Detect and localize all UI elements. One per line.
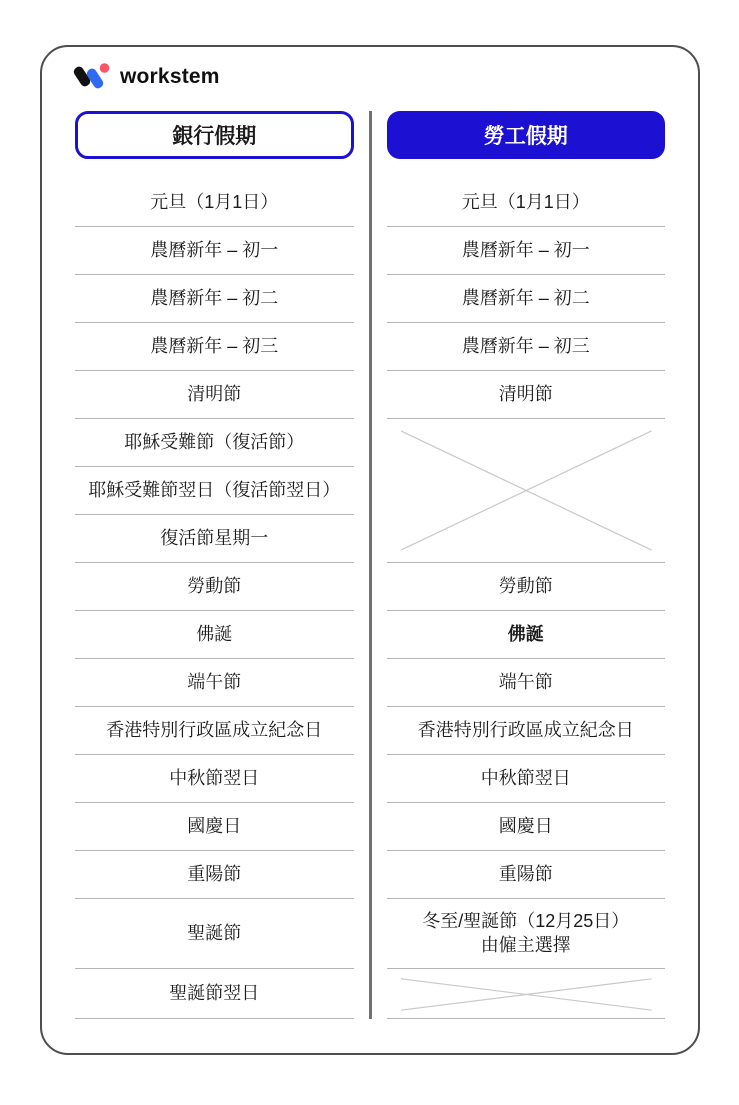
bank-holiday-row: 中秋節翌日 — [75, 755, 354, 803]
bank-holiday-row: 清明節 — [75, 371, 354, 419]
bank-holiday-header: 銀行假期 — [75, 111, 354, 159]
workstem-logo: workstem — [73, 61, 220, 93]
bank-holiday-row: 國慶日 — [75, 803, 354, 851]
bank-holiday-row: 元旦（1月1日） — [75, 179, 354, 227]
bank-holiday-row: 端午節 — [75, 659, 354, 707]
comparison-columns: 銀行假期 元旦（1月1日） 農曆新年 – 初一 農曆新年 – 初二 農曆新年 –… — [42, 111, 698, 1019]
labour-holiday-row: 元旦（1月1日） — [387, 179, 666, 227]
bank-holiday-row: 耶穌受難節（復活節） — [75, 419, 354, 467]
bank-holiday-row: 農曆新年 – 初二 — [75, 275, 354, 323]
bank-holiday-row: 佛誕 — [75, 611, 354, 659]
labour-holiday-row: 農曆新年 – 初一 — [387, 227, 666, 275]
labour-holiday-row: 農曆新年 – 初三 — [387, 323, 666, 371]
bank-holiday-column: 銀行假期 元旦（1月1日） 農曆新年 – 初一 農曆新年 – 初二 農曆新年 –… — [75, 111, 354, 1019]
labour-holiday-row: 國慶日 — [387, 803, 666, 851]
not-applicable-cross-icon — [387, 969, 666, 1018]
bank-holiday-row: 聖誕節 — [75, 899, 354, 969]
bank-holiday-row: 耶穌受難節翌日（復活節翌日） — [75, 467, 354, 515]
not-applicable-cell — [387, 419, 666, 563]
workstem-logo-wordmark: workstem — [120, 65, 220, 89]
bank-holiday-row: 聖誕節翌日 — [75, 969, 354, 1019]
page: workstem 銀行假期 元旦（1月1日） 農曆新年 – 初一 農曆新年 – … — [0, 0, 739, 1105]
labour-holiday-row: 農曆新年 – 初二 — [387, 275, 666, 323]
bank-holiday-row: 農曆新年 – 初一 — [75, 227, 354, 275]
labour-holiday-row: 中秋節翌日 — [387, 755, 666, 803]
column-divider — [369, 111, 372, 1019]
holiday-comparison-card: workstem 銀行假期 元旦（1月1日） 農曆新年 – 初一 農曆新年 – … — [40, 45, 700, 1055]
winter-christmas-line1: 冬至/聖誕節（12月25日） — [422, 910, 629, 933]
labour-holiday-row: 清明節 — [387, 371, 666, 419]
bank-holiday-row: 勞動節 — [75, 563, 354, 611]
bank-holiday-row: 重陽節 — [75, 851, 354, 899]
labour-holiday-row: 端午節 — [387, 659, 666, 707]
labour-holiday-row: 香港特別行政區成立紀念日 — [387, 707, 666, 755]
labour-holiday-row: 冬至/聖誕節（12月25日） 由僱主選擇 — [387, 899, 666, 969]
labour-holiday-column: 勞工假期 元旦（1月1日） 農曆新年 – 初一 農曆新年 – 初二 農曆新年 –… — [387, 111, 666, 1019]
labour-holiday-header: 勞工假期 — [387, 111, 666, 159]
bank-holiday-row: 香港特別行政區成立紀念日 — [75, 707, 354, 755]
bank-holiday-row: 農曆新年 – 初三 — [75, 323, 354, 371]
winter-christmas-line2: 由僱主選擇 — [481, 934, 571, 957]
labour-holiday-row: 重陽節 — [387, 851, 666, 899]
workstem-logo-icon — [73, 61, 111, 93]
not-applicable-cell — [387, 969, 666, 1019]
labour-holiday-row: 勞動節 — [387, 563, 666, 611]
bank-holiday-row: 復活節星期一 — [75, 515, 354, 563]
labour-holiday-row: 佛誕 — [387, 611, 666, 659]
not-applicable-cross-icon — [387, 419, 666, 562]
